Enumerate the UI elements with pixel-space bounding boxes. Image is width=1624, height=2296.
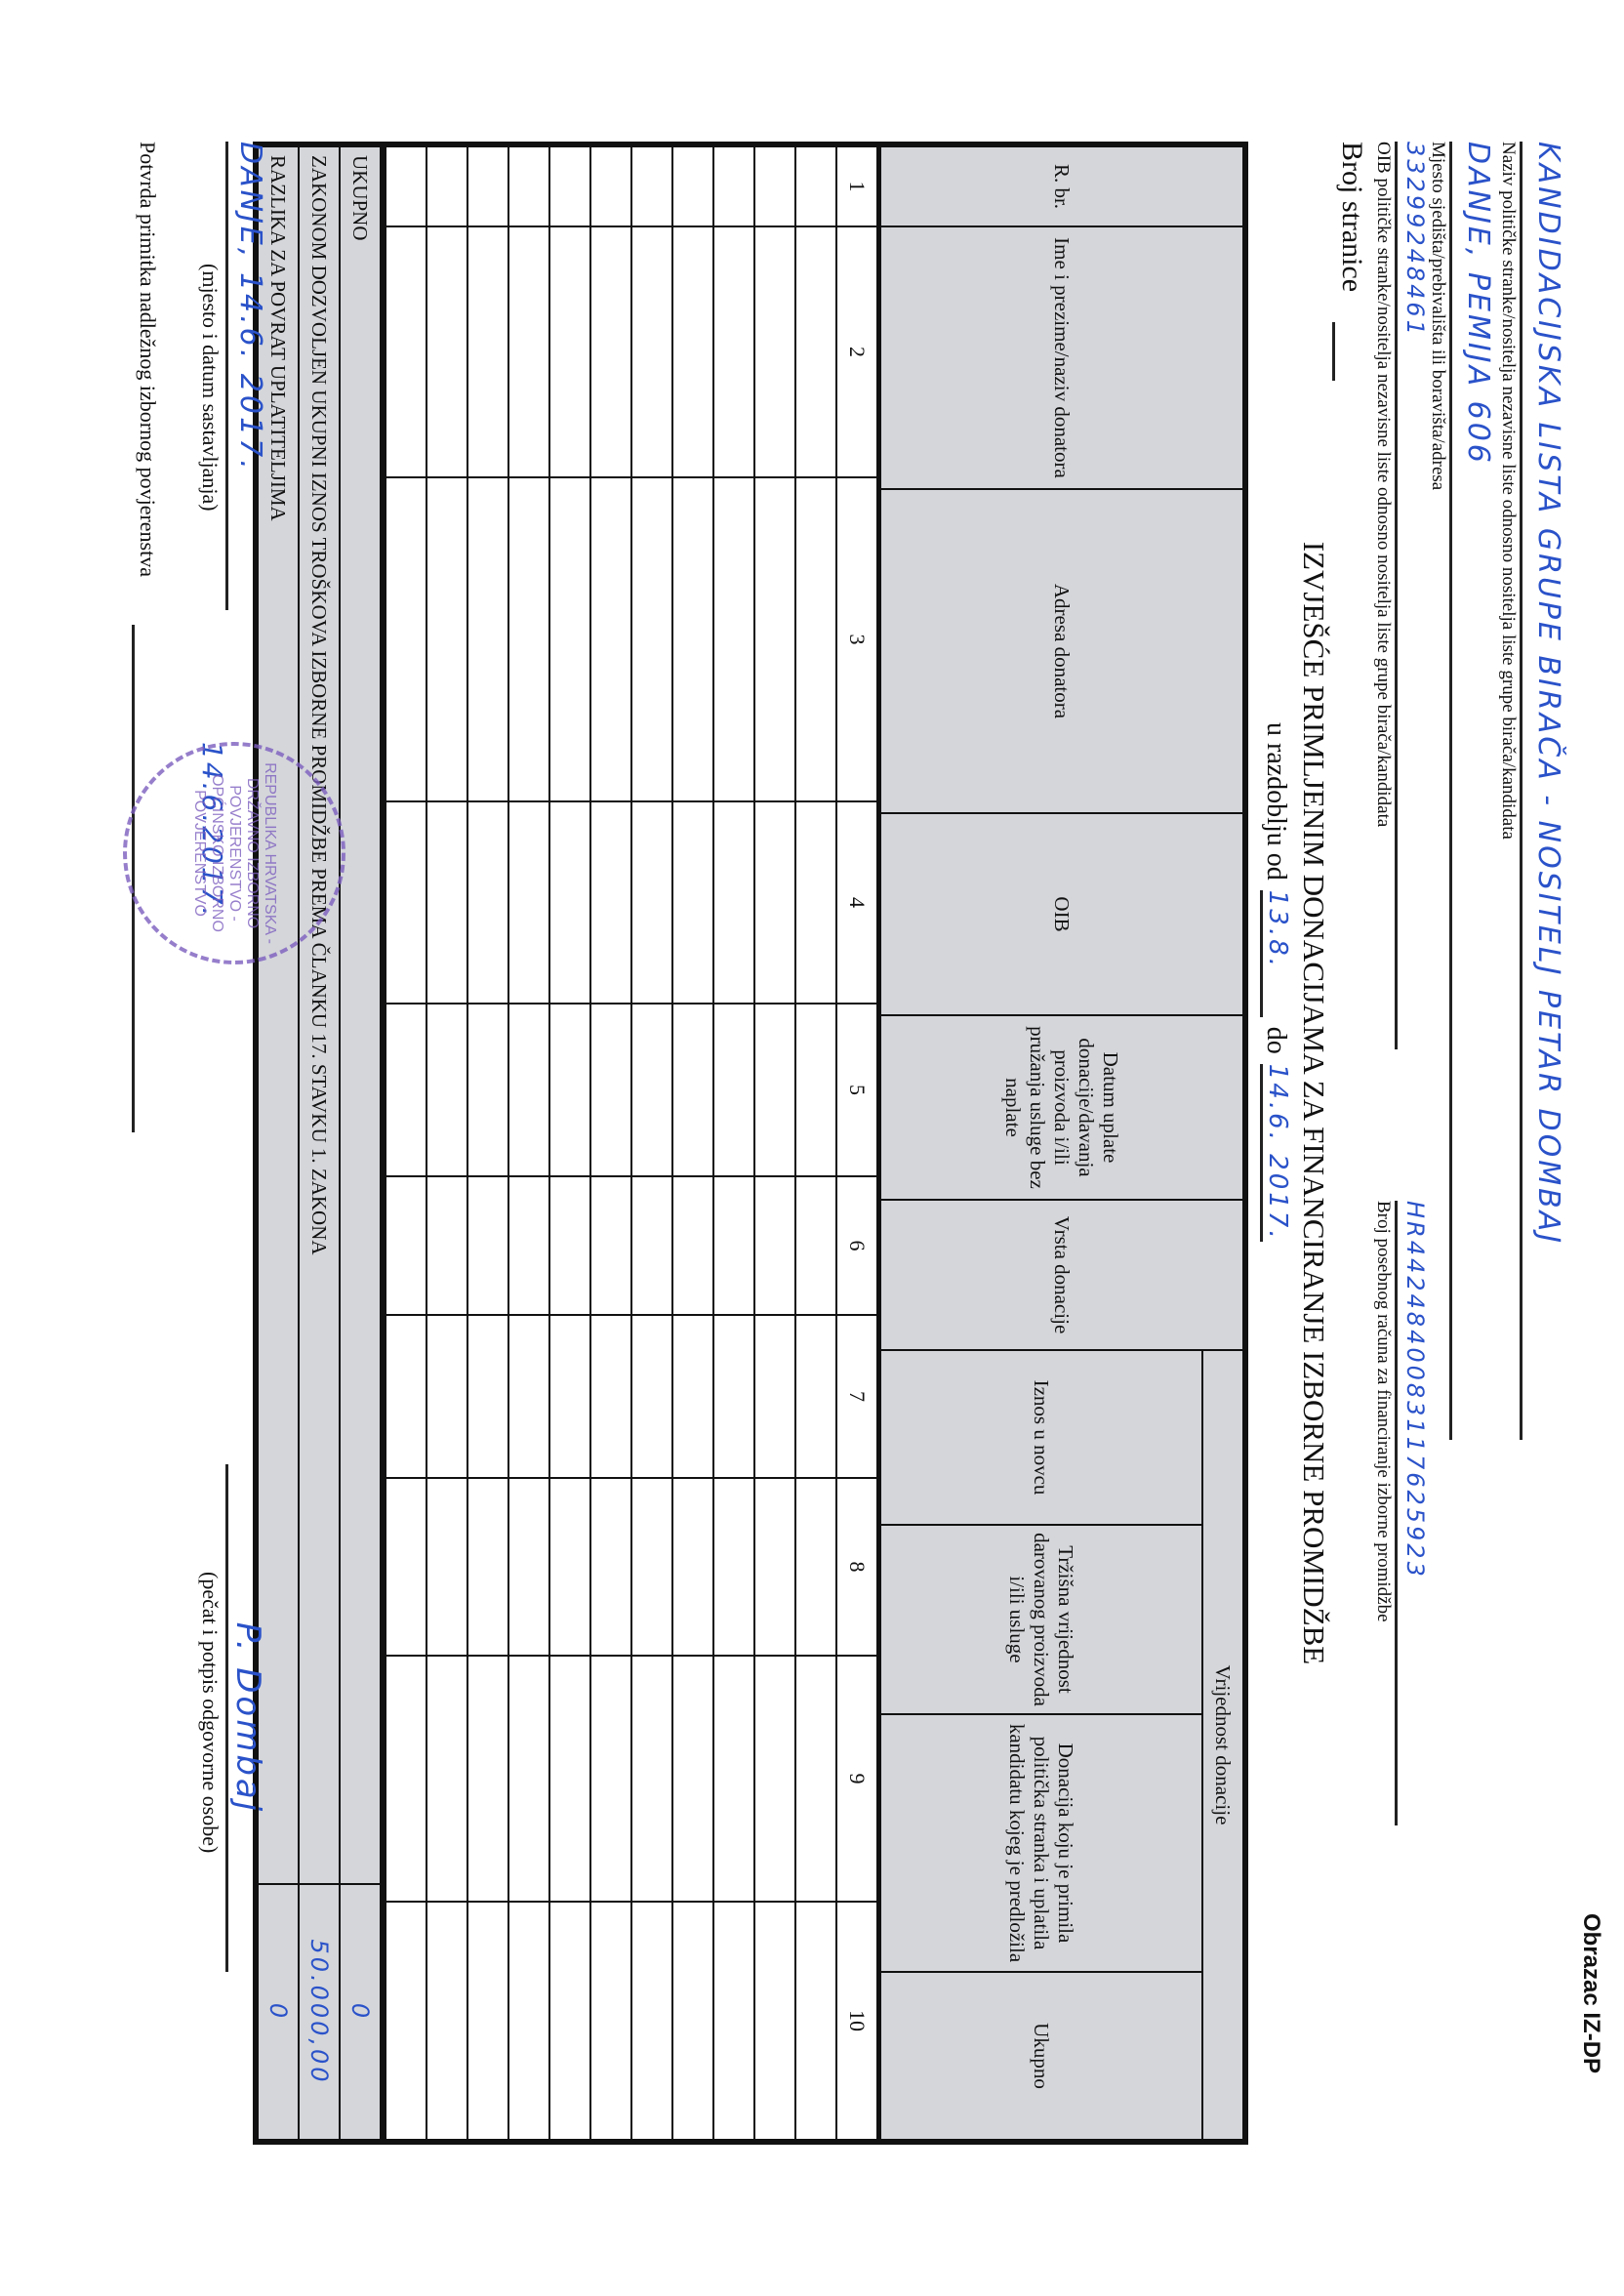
table-cell[interactable] [550, 1316, 589, 1479]
table-cell[interactable] [796, 1316, 835, 1479]
table-cell[interactable] [427, 1004, 467, 1177]
table-cell[interactable] [386, 147, 426, 227]
table-cell[interactable] [673, 1004, 712, 1177]
table-cell[interactable] [755, 147, 794, 227]
table-cell: 10 [837, 1903, 876, 2139]
table-cell[interactable] [386, 227, 426, 478]
receipt-label: Potvrda primitka nadležnog izbornog povj… [135, 142, 160, 577]
table-cell[interactable] [386, 1479, 426, 1657]
table-cell[interactable] [386, 1177, 426, 1316]
table-row [385, 147, 426, 2139]
table-cell[interactable] [714, 1657, 753, 1903]
table-cell[interactable] [591, 1004, 630, 1177]
table-cell[interactable] [673, 478, 712, 802]
table-cell[interactable] [550, 802, 589, 1004]
table-cell[interactable] [673, 1657, 712, 1903]
table-cell[interactable] [427, 1903, 467, 2139]
table-cell[interactable] [550, 1657, 589, 1903]
table-cell[interactable] [591, 227, 630, 478]
table-cell[interactable] [468, 1316, 507, 1479]
table-cell[interactable] [755, 1316, 794, 1479]
table-summary: UKUPNO0ZAKONOM DOZVOLJEN UKUPNI IZNOS TR… [259, 147, 385, 2139]
table-cell[interactable] [796, 1004, 835, 1177]
table-cell[interactable] [509, 227, 548, 478]
table-cell[interactable] [550, 1903, 589, 2139]
table-cell[interactable] [386, 802, 426, 1004]
table-cell[interactable] [550, 1479, 589, 1657]
col-header-total: Ukupno [881, 1973, 1201, 2139]
party-name-field[interactable]: KANDIDACIJSKA LISTA GRUPE BIRAČA - NOSIT… [1520, 142, 1565, 1440]
table-cell[interactable] [673, 1479, 712, 1657]
table-cell[interactable] [632, 802, 671, 1004]
summary-label: ZAKONOM DOZVOLJEN UKUPNI IZNOS TROŠKOVA … [300, 147, 339, 1885]
signature-label: (pečat i potpis odgovorne osobe) [197, 1572, 223, 1853]
table-cell[interactable] [468, 802, 507, 1004]
table-cell[interactable] [386, 478, 426, 802]
table-row [753, 147, 794, 2139]
table-cell[interactable] [673, 1903, 712, 2139]
table-row [794, 147, 835, 2139]
stamp-text: REPUBLIKA HRVATSKA - DRŽAVNO IZBORNO POV… [190, 746, 278, 961]
period-prefix: u razdoblju od [1260, 722, 1291, 881]
table-cell[interactable] [714, 1903, 753, 2139]
table-cell[interactable] [468, 1903, 507, 2139]
table-cell: 7 [837, 1316, 876, 1479]
table-cell: 3 [837, 478, 876, 802]
table-cell[interactable] [632, 478, 671, 802]
table-cell[interactable] [755, 1657, 794, 1903]
table-cell[interactable] [427, 1657, 467, 1903]
summary-row: ZAKONOM DOZVOLJEN UKUPNI IZNOS TROŠKOVA … [300, 147, 341, 2139]
col-header-date: Datum uplate donacije/davanja proizvoda … [881, 1016, 1242, 1201]
table-cell[interactable] [427, 227, 467, 478]
table-cell[interactable] [714, 802, 753, 1004]
table-cell[interactable] [386, 1316, 426, 1479]
table-cell[interactable] [550, 478, 589, 802]
table-cell: 4 [837, 802, 876, 1004]
table-cell[interactable] [509, 478, 548, 802]
table-cell[interactable] [591, 1903, 630, 2139]
table-cell[interactable] [427, 1479, 467, 1657]
table-cell[interactable] [509, 1479, 548, 1657]
table-cell[interactable] [673, 1316, 712, 1479]
col-header-type: Vrsta donacije [881, 1201, 1242, 1351]
table-cell[interactable] [632, 1004, 671, 1177]
table-cell[interactable] [468, 147, 507, 227]
summary-value[interactable]: 0 [341, 1885, 380, 2139]
oib-label: OIB političke stranke/nositelja nezavisn… [1372, 142, 1394, 827]
table-cell: 5 [837, 1004, 876, 1177]
place-date-field[interactable]: DANJE, 14.6. 2017. [225, 142, 267, 610]
place-date-label: (mjesto i datum sastavljanja) [197, 264, 223, 512]
period-to-field[interactable]: 14.6. 2017. [1260, 1064, 1292, 1242]
table-cell[interactable] [509, 1177, 548, 1316]
report-title: IZVJEŠĆE PRIMLJENIM DONACIJAMA ZA FINANC… [1296, 322, 1331, 1884]
account-field[interactable]: HR4424840083117625923 [1395, 1201, 1429, 1825]
table-cell[interactable] [632, 147, 671, 227]
table-cell[interactable] [632, 1479, 671, 1657]
form-code: Obrazac IZ-DP [1577, 1913, 1604, 2073]
table-cell[interactable] [714, 1177, 753, 1316]
page-number-field[interactable] [1332, 322, 1335, 381]
table-cell[interactable] [591, 1479, 630, 1657]
table-cell[interactable] [796, 802, 835, 1004]
period-from-field[interactable]: 13.8. [1260, 890, 1292, 1017]
col-header-amount: Iznos u novcu [881, 1351, 1201, 1526]
table-cell[interactable] [632, 1903, 671, 2139]
col-header-oib: OIB [881, 814, 1242, 1016]
table-row [630, 147, 671, 2139]
col-header-donor-address: Adresa donatora [881, 490, 1242, 814]
table-cell[interactable] [755, 478, 794, 802]
table-cell[interactable] [673, 227, 712, 478]
table-cell[interactable] [796, 147, 835, 227]
table-cell[interactable] [509, 1004, 548, 1177]
table-cell[interactable] [509, 1316, 548, 1479]
table-cell[interactable] [468, 1177, 507, 1316]
value-group: Vrijednost donacije Iznos u novcu Tržišn… [881, 1351, 1242, 2139]
table-cell[interactable] [714, 478, 753, 802]
table-cell: 6 [837, 1177, 876, 1316]
table-cell[interactable] [632, 1657, 671, 1903]
table-cell: 8 [837, 1479, 876, 1657]
table-cell[interactable] [796, 1903, 835, 2139]
table-cell[interactable] [632, 227, 671, 478]
table-cell[interactable] [550, 227, 589, 478]
table-cell[interactable] [755, 1004, 794, 1177]
table-cell[interactable] [427, 147, 467, 227]
table-cell[interactable] [714, 227, 753, 478]
table-cell[interactable] [427, 802, 467, 1004]
table-cell[interactable] [509, 147, 548, 227]
party-name-label: Naziv političke stranke/nositelja nezavi… [1497, 142, 1519, 840]
table-cell[interactable] [796, 1177, 835, 1316]
signature-field[interactable]: P. Dombaj [225, 1464, 267, 1972]
table-cell[interactable] [714, 147, 753, 227]
table-cell[interactable] [632, 1316, 671, 1479]
table-cell[interactable] [714, 1479, 753, 1657]
table-cell[interactable] [427, 1177, 467, 1316]
address-label: Mjesto sjedišta/prebivališta ili boraviš… [1427, 142, 1448, 490]
table-cell[interactable] [755, 1177, 794, 1316]
period-mid: do [1260, 1027, 1291, 1054]
table-cell: 2 [837, 227, 876, 478]
column-number-row: 12345678910 [835, 147, 876, 2139]
rotated-form-page: Obrazac IZ-DP KANDIDACIJSKA LISTA GRUPE … [0, 0, 1624, 2296]
oib-field[interactable]: 33299248461 [1395, 142, 1429, 1049]
donations-table: R. br. Ime i prezime/naziv donatora Adre… [253, 142, 1248, 2145]
table-row [671, 147, 712, 2139]
table-cell[interactable] [796, 227, 835, 478]
table-cell[interactable] [591, 1316, 630, 1479]
table-row [589, 147, 630, 2139]
table-cell[interactable] [796, 478, 835, 802]
table-cell[interactable] [468, 1657, 507, 1903]
table-cell[interactable] [468, 1004, 507, 1177]
table-cell[interactable] [509, 1903, 548, 2139]
group-header-value: Vrijednost donacije [1201, 1351, 1242, 2139]
official-stamp: REPUBLIKA HRVATSKA - DRŽAVNO IZBORNO POV… [123, 742, 345, 964]
table-body: 12345678910 [385, 147, 876, 2139]
table-cell[interactable] [714, 1316, 753, 1479]
table-cell[interactable] [427, 1316, 467, 1479]
table-cell[interactable] [591, 147, 630, 227]
table-cell[interactable] [632, 1177, 671, 1316]
table-cell[interactable] [755, 802, 794, 1004]
table-cell[interactable] [796, 1657, 835, 1903]
table-cell[interactable] [755, 227, 794, 478]
table-cell[interactable] [591, 1657, 630, 1903]
col-header-party-donation: Donacija koju je primila politička stran… [881, 1715, 1201, 1973]
table-cell[interactable] [714, 1004, 753, 1177]
col-header-rbr: R. br. [881, 147, 1242, 227]
table-cell[interactable] [468, 478, 507, 802]
table-row [548, 147, 589, 2139]
table-cell[interactable] [673, 802, 712, 1004]
table-row [467, 147, 507, 2139]
table-cell[interactable] [591, 1177, 630, 1316]
table-cell[interactable] [591, 802, 630, 1004]
col-header-donor-name: Ime i prezime/naziv donatora [881, 227, 1242, 490]
table-cell[interactable] [755, 1479, 794, 1657]
account-label: Broj posebnog računa za financiranje izb… [1372, 1201, 1394, 1622]
summary-row: UKUPNO0 [341, 147, 385, 2139]
table-cell[interactable] [468, 1479, 507, 1657]
table-cell[interactable] [509, 802, 548, 1004]
col-header-market-value: Tržišna vrijednost darovanog proizvoda i… [881, 1526, 1201, 1715]
table-cell: 9 [837, 1657, 876, 1903]
table-cell[interactable] [386, 1903, 426, 2139]
period-row: u razdoblju od 13.8. do 14.6. 2017. [1260, 722, 1292, 1242]
table-cell[interactable] [550, 1177, 589, 1316]
table-cell[interactable] [427, 478, 467, 802]
table-cell: 1 [837, 147, 876, 227]
table-row [426, 147, 467, 2139]
table-cell[interactable] [386, 1004, 426, 1177]
table-row [712, 147, 753, 2139]
table-cell[interactable] [386, 1657, 426, 1903]
table-cell[interactable] [509, 1657, 548, 1903]
summary-label: UKUPNO [341, 147, 380, 1885]
table-cell[interactable] [673, 147, 712, 227]
page-number-label: Broj stranice [1335, 142, 1368, 292]
table-cell[interactable] [550, 147, 589, 227]
table-cell[interactable] [755, 1903, 794, 2139]
summary-value[interactable]: 50.000,00 [300, 1885, 339, 2139]
table-cell[interactable] [796, 1479, 835, 1657]
table-cell[interactable] [591, 478, 630, 802]
table-cell[interactable] [673, 1177, 712, 1316]
table-row [507, 147, 548, 2139]
address-field[interactable]: DANJE, PEMIJA 606 [1449, 142, 1495, 1440]
table-header: R. br. Ime i prezime/naziv donatora Adre… [876, 147, 1242, 2139]
table-cell[interactable] [550, 1004, 589, 1177]
table-cell[interactable] [468, 227, 507, 478]
